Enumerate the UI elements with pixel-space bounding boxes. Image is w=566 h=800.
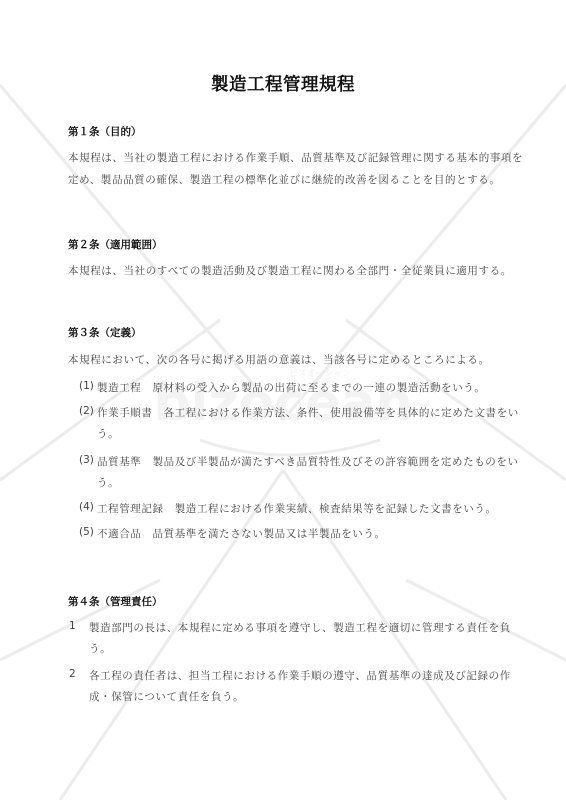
definition-item-2-number: (2): [79, 405, 94, 417]
definition-item-2-text-line-1: 作業手順書 各工程における作業方法、条件、使用設備等を具体的に定めた文書をい: [97, 405, 519, 420]
responsibility-item-1-number: 1: [69, 620, 76, 632]
definition-item-4-text: 工程管理記録 製造工程における作業実績、検査結果等を記録した文書をいう。: [97, 501, 497, 516]
definition-item-2-text-line-2: う。: [97, 426, 119, 441]
responsibility-item-1-text-line-2: う。: [89, 641, 111, 656]
document-title: 製造工程管理規程: [0, 71, 566, 96]
definition-item-3-text-line-2: う。: [97, 475, 119, 490]
definition-item-3-text-line-1: 品質基準 製品及び半製品が満たすべき品質特性及びその許容範囲を定めたものをい: [97, 454, 519, 469]
article-3-line-1: 本規程において、次の各号に掲げる用語の意義は、当該各号に定めるところによる。: [68, 352, 490, 367]
definition-item-5-text: 不適合品 品質基準を満たさない製品又は半製品をいう。: [97, 526, 386, 541]
responsibility-item-1-text-line-1: 製造部門の長は、本規程に定める事項を遵守し、製造工程を適切に管理する責任を負: [89, 620, 511, 635]
article-2-line-1: 本規程は、当社のすべての製造活動及び製造工程に関わる全部門・全従業員に適用する。: [68, 263, 512, 278]
definition-item-1-number: (1): [79, 380, 94, 392]
article-1-line-1: 本規程は、当社の製造工程における作業手順、品質基準及び記録管理に関する基本的事項…: [68, 150, 523, 165]
definition-item-5-number: (5): [79, 526, 94, 538]
article-2-heading: 第２条（適用範囲）: [68, 237, 163, 252]
responsibility-item-2-number: 2: [69, 668, 76, 680]
definition-item-4-number: (4): [79, 501, 94, 513]
definition-item-3-number: (3): [79, 454, 94, 466]
document-page: 製造工程管理規程 第１条（目的） 本規程は、当社の製造工程における作業手順、品質…: [0, 0, 566, 800]
responsibility-item-2-text-line-2: 成・保管について責任を負う。: [89, 689, 244, 704]
article-1-line-2: 定め、製品品質の確保、製造工程の標準化並びに継続的改善を図ることを目的とする。: [68, 172, 500, 187]
definition-item-1-text: 製造工程 原材料の受入から製品の出荷に至るまでの一連の製造活動をいう。: [97, 380, 486, 395]
responsibility-item-2-text-line-1: 各工程の責任者は、担当工程における作業手順の遵守、品質基準の達成及び記録の作: [89, 668, 511, 683]
article-4-heading: 第４条（管理責任）: [68, 594, 163, 609]
article-1-heading: 第１条（目的）: [68, 124, 142, 139]
article-3-heading: 第３条（定義）: [68, 325, 142, 340]
